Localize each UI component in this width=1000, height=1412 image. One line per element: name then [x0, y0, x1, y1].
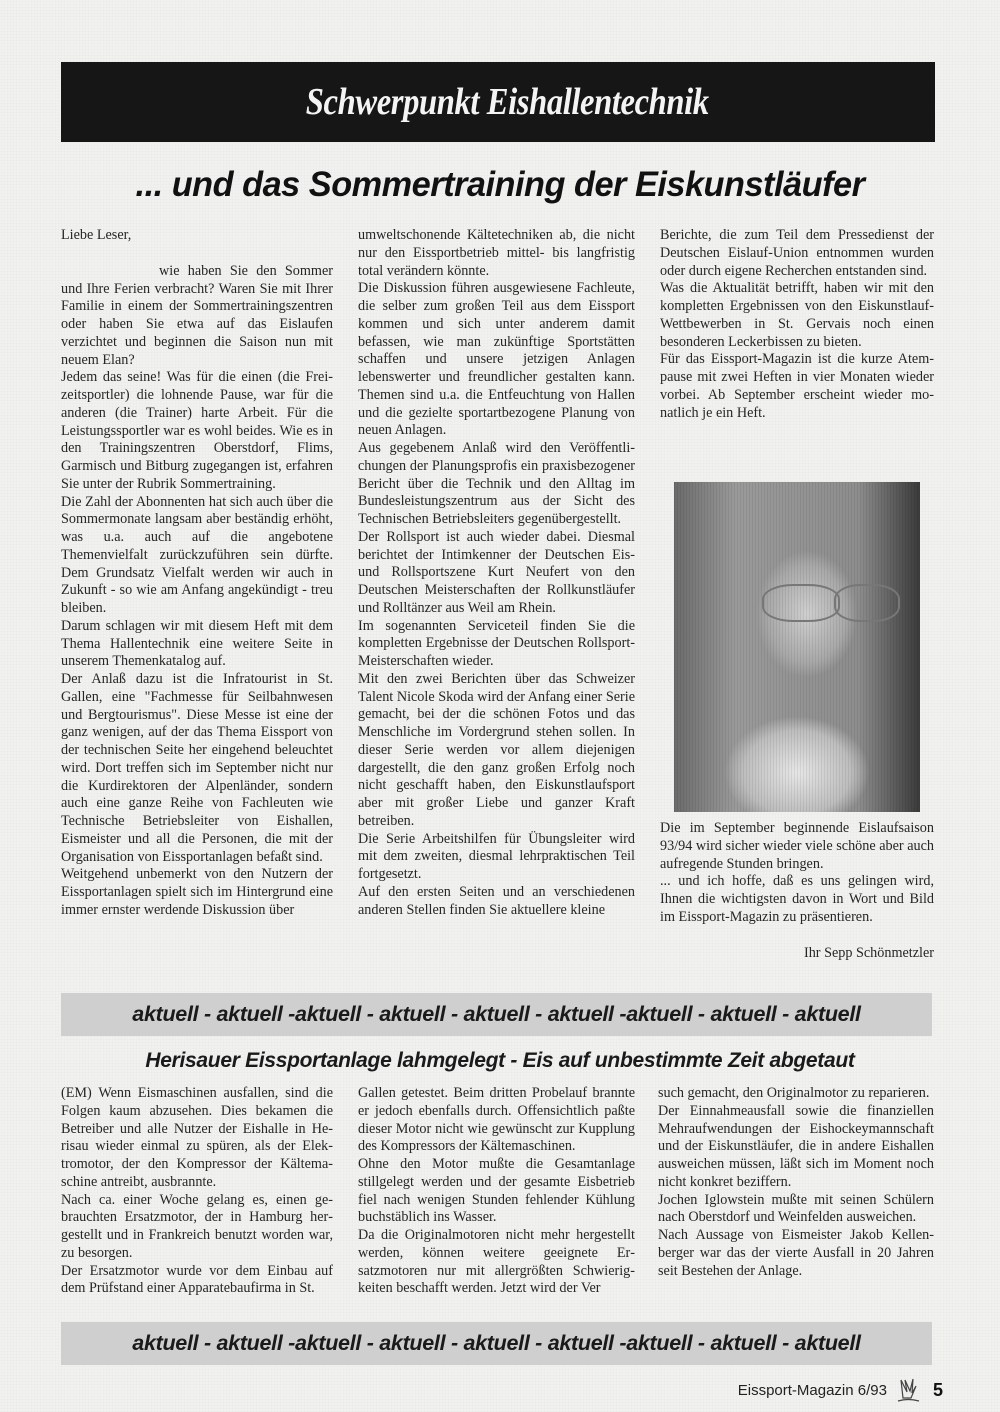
signature: Ihr Sepp Schönmetzler	[660, 945, 934, 963]
paragraph: ... und ich hoffe, daß es uns gelingen w…	[660, 873, 934, 926]
editorial-column-3-continued: Die im September beginnende Eislaufsaiso…	[660, 820, 934, 962]
editorial-column-2: umweltschonende Kältetechniken ab, die n…	[358, 227, 635, 919]
paragraph: Die Serie Arbeitshilfen für Übungsleiter…	[358, 831, 635, 884]
glasses-lens-right	[834, 584, 900, 622]
paragraph: Der Einnahmeausfall sowie die finanziell…	[658, 1103, 934, 1192]
news-column-3: such gemacht, den Originalmotor zu repar…	[658, 1085, 934, 1280]
salutation: Liebe Leser,	[61, 227, 333, 245]
paragraph: Der Ersatzmotor wurde vor dem Einbau auf…	[61, 1263, 333, 1299]
paragraph: Die im September beginnende Eislaufsaiso…	[660, 820, 934, 873]
halftone-texture	[674, 482, 920, 812]
news-headline: Herisauer Eissportanlage lahmgelegt - Ei…	[60, 1049, 940, 1073]
paragraph: Im sogenannten Serviceteil finden Sie di…	[358, 618, 635, 671]
paragraph: wie haben Sie den Sommer und Ihre Ferien…	[61, 263, 333, 370]
section-header-bar: Schwerpunkt Eishallentechnik	[61, 62, 935, 142]
paragraph: Mit den zwei Berichten über das Schweize…	[358, 671, 635, 831]
aktuell-banner-text: aktuell - aktuell -aktuell - aktuell - a…	[132, 1002, 860, 1027]
editorial-column-3: Berichte, die zum Teil dem Pressedienst …	[660, 227, 934, 422]
section-title: Schwerpunkt Eishallentechnik	[306, 80, 709, 124]
paragraph: Gallen getestet. Beim dritten Probelauf …	[358, 1085, 635, 1156]
aktuell-banner-top: aktuell - aktuell -aktuell - aktuell - a…	[61, 993, 932, 1036]
magazine-issue: Eissport-Magazin 6/93	[738, 1382, 887, 1399]
page-number: 5	[933, 1380, 943, 1401]
paragraph: Berichte, die zum Teil dem Pressedienst …	[660, 227, 934, 280]
paragraph: Der Rollsport ist auch wieder dabei. Die…	[358, 529, 635, 618]
paragraph: umweltschonende Kältetechniken ab, die n…	[358, 227, 635, 280]
paragraph: Weitgehend unbemerkt von den Nutzern der…	[61, 866, 333, 919]
paragraph: Ohne den Motor mußte die Gesamtanlage st…	[358, 1156, 635, 1227]
paragraph: Auf den ersten Seiten und an verschieden…	[358, 884, 635, 920]
editorial-column-1: Liebe Leser, wie haben Sie den Sommer un…	[61, 227, 333, 920]
paragraph: Die Zahl der Abonnenten hat sich auch üb…	[61, 494, 333, 618]
aktuell-banner-text: aktuell - aktuell -aktuell - aktuell - a…	[132, 1331, 860, 1356]
paragraph: Die Diskussion führen ausgewiesene Fach­…	[358, 280, 635, 440]
paragraph: Jochen Iglowstein mußte mit seinen Schül…	[658, 1192, 934, 1228]
paragraph: Was die Aktualität betrifft, haben wir m…	[660, 280, 934, 351]
paragraph: Nach Aussage von Eismeister Jakob Kellen…	[658, 1227, 934, 1280]
news-column-1: (EM) Wenn Eismaschinen ausfallen, sind d…	[61, 1085, 333, 1298]
paragraph: Da die Originalmotoren nicht mehr herge­…	[358, 1227, 635, 1298]
paragraph: Jedem das seine! Was für die einen (die …	[61, 369, 333, 493]
paragraph: Der Anlaß dazu ist die Infratourist in S…	[61, 671, 333, 866]
paragraph: Für das Eissport-Magazin ist die kurze A…	[660, 351, 934, 422]
skater-logo-icon	[895, 1376, 921, 1404]
paragraph: such gemacht, den Originalmotor zu repar…	[658, 1085, 934, 1103]
article-headline: ... und das Sommertraining der Eiskunstl…	[69, 165, 931, 205]
paragraph: (EM) Wenn Eismaschinen ausfallen, sind d…	[61, 1085, 333, 1192]
paragraph: Aus gegebenem Anlaß wird den Veröffentli…	[358, 440, 635, 529]
aktuell-banner-bottom: aktuell - aktuell -aktuell - aktuell - a…	[61, 1322, 932, 1365]
page-footer: Eissport-Magazin 6/93 5	[600, 1376, 943, 1404]
paragraph: Darum schlagen wir mit diesem Heft mit d…	[61, 618, 333, 671]
paragraph: Nach ca. einer Woche gelang es, einen ge…	[61, 1192, 333, 1263]
news-column-2: Gallen getestet. Beim dritten Probelauf …	[358, 1085, 635, 1298]
glasses-lens-left	[762, 584, 840, 622]
author-portrait-photo	[674, 482, 920, 812]
